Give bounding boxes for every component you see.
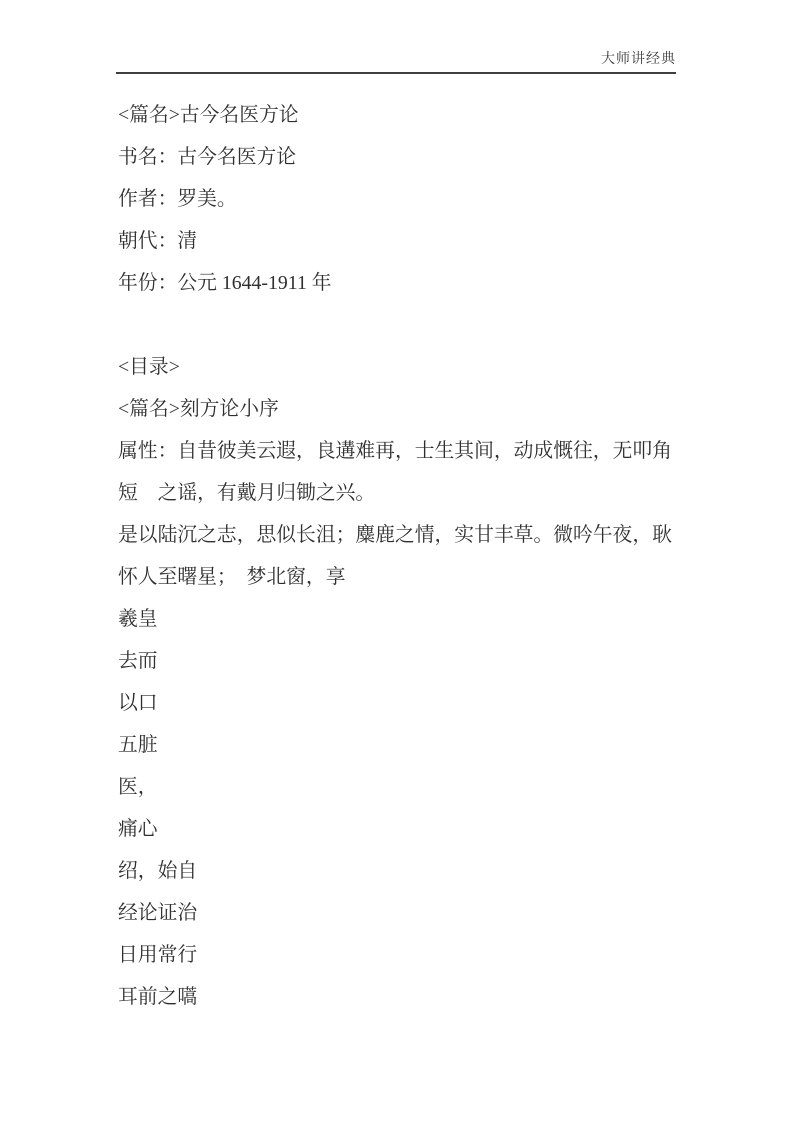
line-paragraph-1a: 属性：自昔彼美云遐，良遘难再，士生其间，动成慨往，无叩角 [118,430,678,472]
line-fragment-wuzang: 五脏 [118,724,678,766]
document-body: <篇名>古今名医方论 书名：古今名医方论 作者：罗美。 朝代：清 年份：公元 1… [118,94,678,1018]
line-fragment-tongxin: 痛心 [118,808,678,850]
line-fragment-yikou: 以口 [118,682,678,724]
document-page: 大师讲经典 <篇名>古今名医方论 书名：古今名医方论 作者：罗美。 朝代：清 年… [0,0,793,1122]
line-blank [118,304,678,346]
header-divider [116,72,676,74]
line-book-title-tag: <篇名>古今名医方论 [118,94,678,136]
line-paragraph-2a: 是以陆沉之志，思似长沮；麋鹿之情，实甘丰草。微吟午夜，耿 [118,514,678,556]
line-paragraph-2b: 怀人至曙星； 梦北窗，享 [118,556,678,598]
line-fragment-yi: 医， [118,766,678,808]
line-fragment-jinglun: 经论证治 [118,892,678,934]
line-author: 作者：罗美。 [118,178,678,220]
page-header: 大师讲经典 [117,50,676,70]
line-chapter-tag: <篇名>刻方论小序 [118,388,678,430]
line-fragment-quer: 去而 [118,640,678,682]
line-paragraph-1b: 短 之谣，有戴月归锄之兴。 [118,472,678,514]
line-fragment-riyong: 日用常行 [118,934,678,976]
line-book-name: 书名：古今名医方论 [118,136,678,178]
line-year: 年份：公元 1644-1911 年 [118,262,678,304]
line-fragment-erqian: 耳前之嚆 [118,976,678,1018]
line-dynasty: 朝代：清 [118,220,678,262]
line-fragment-shao-shizi: 绍，始自 [118,850,678,892]
line-fragment-xihuang: 羲皇 [118,598,678,640]
header-brand-text: 大师讲经典 [601,52,676,67]
line-toc-tag: <目录> [118,346,678,388]
